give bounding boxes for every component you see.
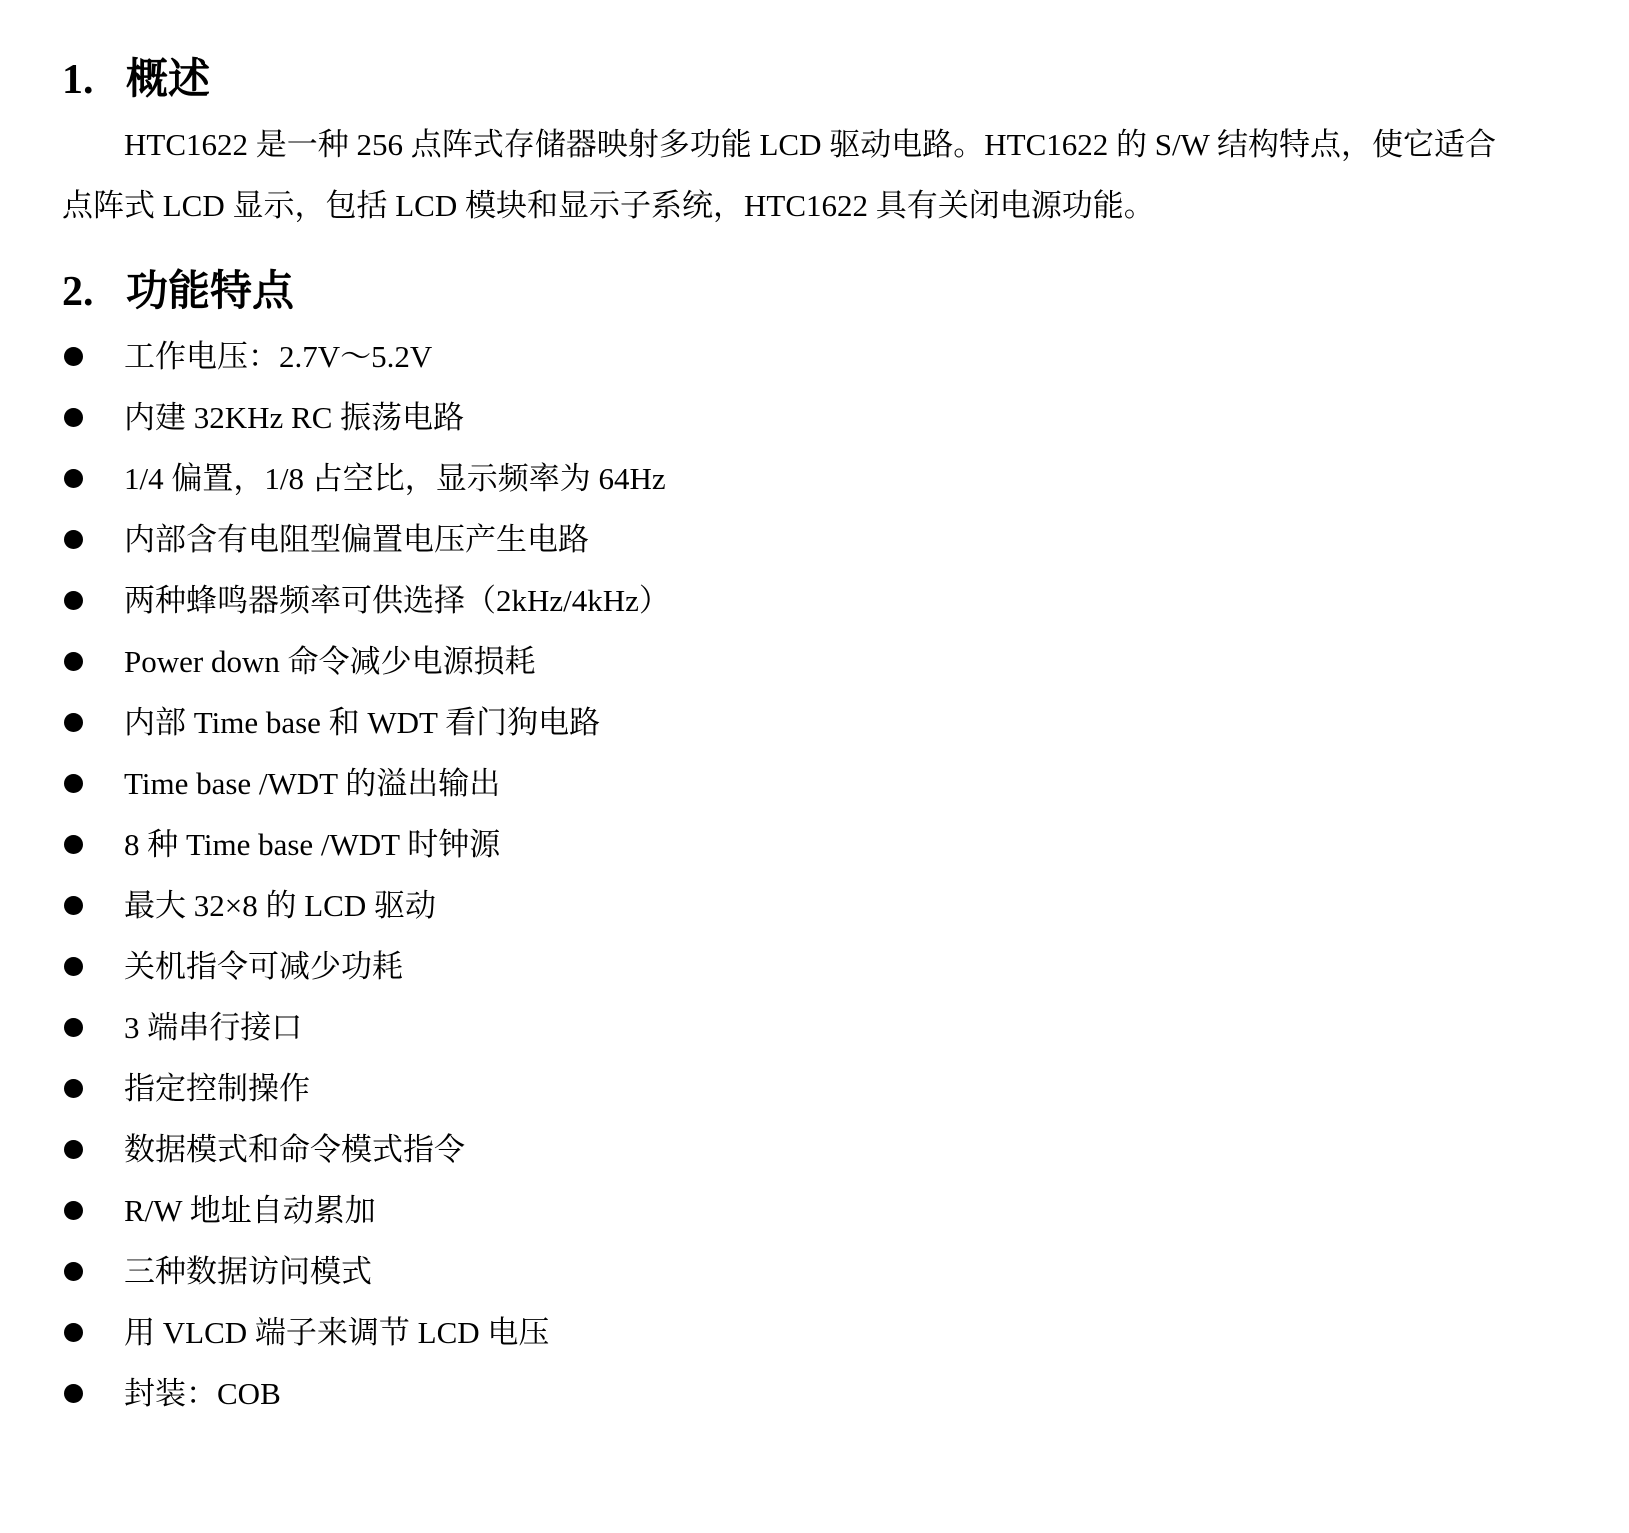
list-item-text: 内部含有电阻型偏置电压产生电路 bbox=[124, 520, 589, 560]
list-item-text: Power down 命令减少电源损耗 bbox=[124, 642, 536, 682]
bullet-icon bbox=[64, 713, 83, 732]
section-number: 2. bbox=[62, 267, 126, 317]
section-heading-features: 2.功能特点 bbox=[62, 267, 294, 317]
list-item-text: 8 种 Time base /WDT 时钟源 bbox=[124, 825, 500, 865]
section-title: 功能特点 bbox=[126, 269, 294, 315]
bullet-icon bbox=[64, 835, 83, 854]
bullet-icon bbox=[64, 1323, 83, 1342]
bullet-icon bbox=[64, 591, 83, 610]
list-item-text: 关机指令可减少功耗 bbox=[124, 947, 403, 987]
bullet-icon bbox=[64, 347, 83, 366]
list-item-text: 指定控制操作 bbox=[124, 1069, 310, 1109]
list-item-text: 工作电压：2.7V～5.2V bbox=[124, 337, 432, 377]
bullet-icon bbox=[64, 530, 83, 549]
bullet-icon bbox=[64, 1018, 83, 1037]
overview-paragraph-line-2: 点阵式 LCD 显示，包括 LCD 模块和显示子系统，HTC1622 具有关闭电… bbox=[62, 186, 1155, 226]
bullet-icon bbox=[64, 408, 83, 427]
list-item-text: 1/4 偏置，1/8 占空比，显示频率为 64Hz bbox=[124, 459, 666, 499]
list-item-text: 最大 32×8 的 LCD 驱动 bbox=[124, 886, 436, 926]
document-page: 1.概述 HTC1622 是一种 256 点阵式存储器映射多功能 LCD 驱动电… bbox=[0, 0, 1629, 1533]
section-heading-overview: 1.概述 bbox=[62, 55, 210, 105]
bullet-icon bbox=[64, 1079, 83, 1098]
list-item-text: 3 端串行接口 bbox=[124, 1008, 302, 1048]
section-title: 概述 bbox=[126, 57, 210, 103]
overview-paragraph-line-1: HTC1622 是一种 256 点阵式存储器映射多功能 LCD 驱动电路。HTC… bbox=[124, 125, 1496, 165]
list-item-text: R/W 地址自动累加 bbox=[124, 1191, 376, 1231]
section-number: 1. bbox=[62, 55, 126, 105]
bullet-icon bbox=[64, 469, 83, 488]
bullet-icon bbox=[64, 896, 83, 915]
list-item-text: 三种数据访问模式 bbox=[124, 1252, 372, 1292]
list-item-text: 数据模式和命令模式指令 bbox=[124, 1130, 465, 1170]
bullet-icon bbox=[64, 1140, 83, 1159]
bullet-icon bbox=[64, 1262, 83, 1281]
list-item-text: 两种蜂鸣器频率可供选择（2kHz/4kHz） bbox=[124, 581, 670, 621]
list-item-text: 用 VLCD 端子来调节 LCD 电压 bbox=[124, 1313, 549, 1353]
list-item-text: 封装：COB bbox=[124, 1374, 281, 1414]
bullet-icon bbox=[64, 957, 83, 976]
bullet-icon bbox=[64, 652, 83, 671]
bullet-icon bbox=[64, 774, 83, 793]
bullet-icon bbox=[64, 1384, 83, 1403]
list-item-text: 内建 32KHz RC 振荡电路 bbox=[124, 398, 464, 438]
list-item-text: Time base /WDT 的溢出输出 bbox=[124, 764, 500, 804]
bullet-icon bbox=[64, 1201, 83, 1220]
list-item-text: 内部 Time base 和 WDT 看门狗电路 bbox=[124, 703, 600, 743]
